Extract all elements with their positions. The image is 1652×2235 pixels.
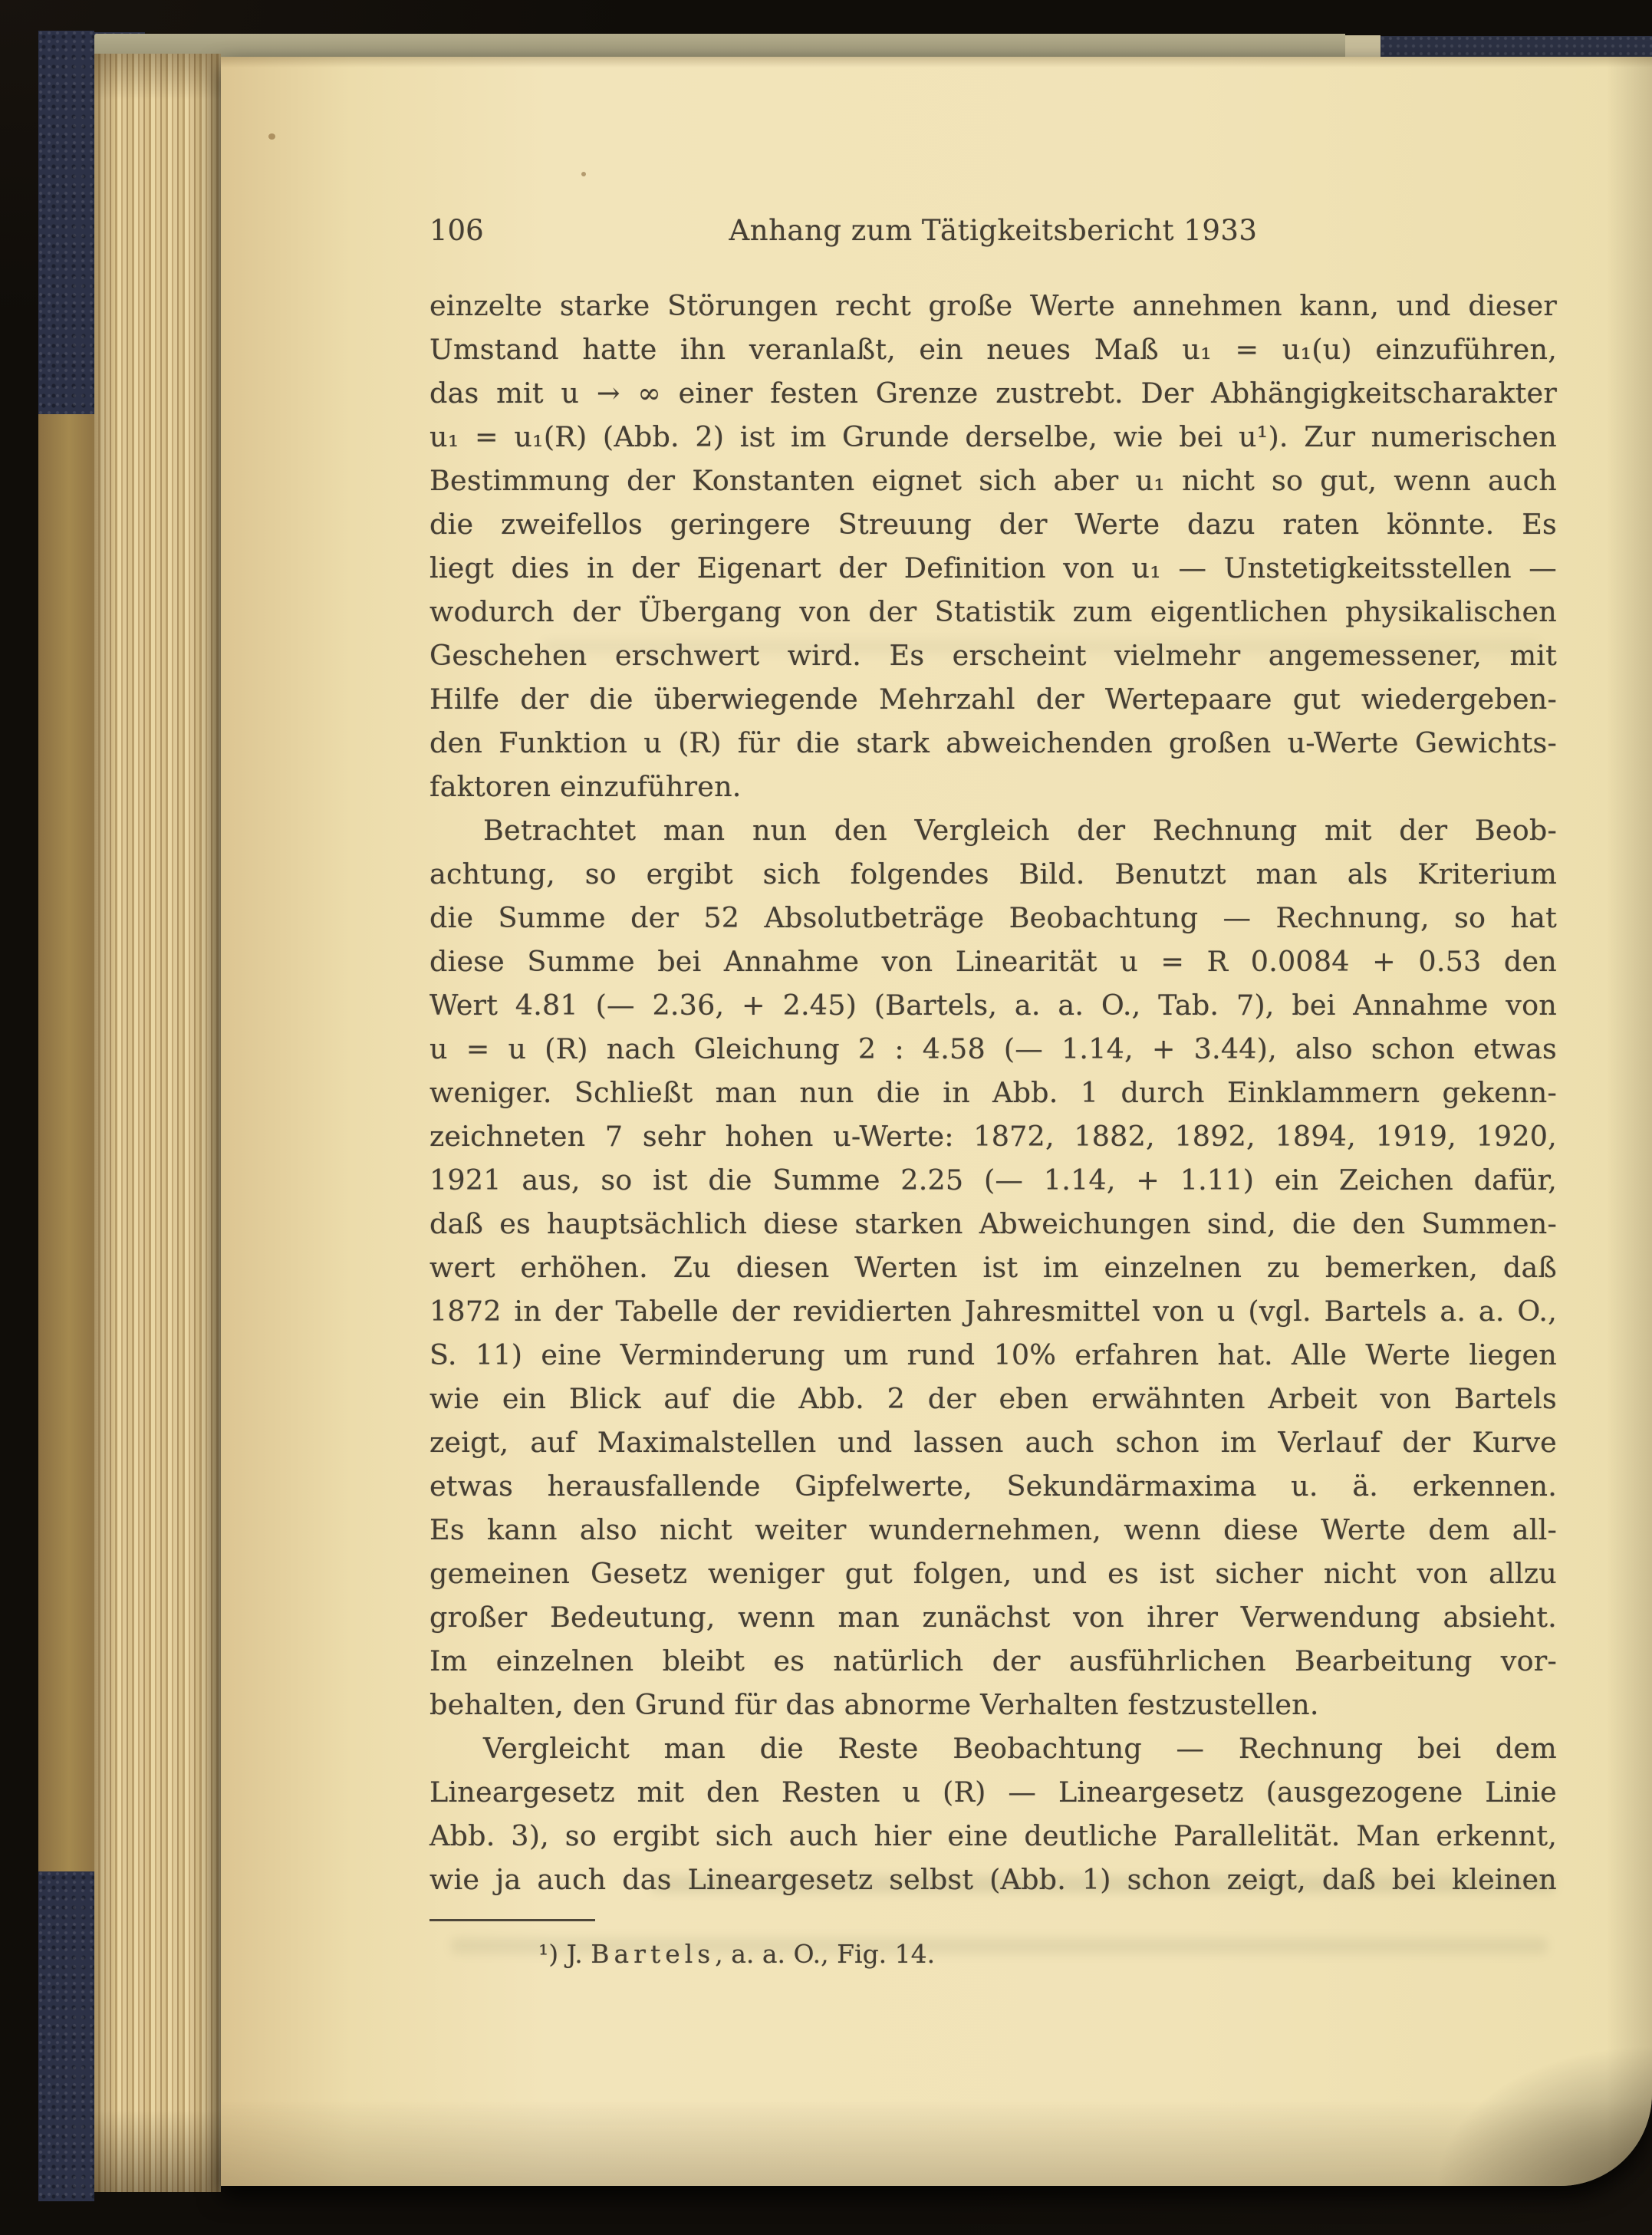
text-line: Umstand hatte ihn veranlaßt, ein neues M… (429, 328, 1557, 371)
text-line: liegt dies in der Eigenart der Definitio… (429, 546, 1557, 590)
text-line: Betrachtet man nun den Vergleich der Rec… (429, 808, 1557, 852)
footnote-reference: , a. a. O., Fig. 14. (715, 1939, 935, 1969)
footnote-marker: ¹) J. (538, 1939, 591, 1969)
running-header: 106 Anhang zum Tätigkeitsbericht 1933 (429, 213, 1557, 250)
text-line: etwas herausfallende Gipfelwerte, Sekund… (429, 1464, 1557, 1508)
text-line: weniger. Schließt man nun die in Abb. 1 … (429, 1071, 1557, 1114)
page-stack-top-edge (94, 34, 1345, 59)
text-line: Wert 4.81 (— 2.36, + 2.45) (Bartels, a. … (429, 983, 1557, 1027)
text-line: 1872 in der Tabelle der revidierten Jahr… (429, 1289, 1557, 1333)
text-line: Bestimmung der Konstanten eignet sich ab… (429, 459, 1557, 502)
text-line: Es kann also nicht weiter wundernehmen, … (429, 1508, 1557, 1552)
text-line: wie ein Blick auf die Abb. 2 der eben er… (429, 1377, 1557, 1420)
scanned-book-photo: { "page": { "number": "106", "running_he… (0, 0, 1652, 2235)
text-line: zeigt, auf Maximalstellen und lassen auc… (429, 1420, 1557, 1464)
text-line: das mit u → ∞ einer festen Grenze zustre… (429, 371, 1557, 415)
fore-edge-shadow (94, 54, 221, 2192)
page-stack-top-edge-tab (1345, 35, 1381, 59)
text-line: wie ja auch das Lineargesetz selbst (Abb… (429, 1858, 1557, 1901)
text-line: wert erhöhen. Zu diesen Werten ist im ei… (429, 1246, 1557, 1289)
footnote: ¹) J. Bartels, a. a. O., Fig. 14. (429, 1937, 1652, 1971)
text-line: Geschehen erschwert wird. Es erscheint v… (429, 634, 1557, 677)
cover-leather-corner-bottom (38, 1871, 94, 2201)
text-line: die zweifellos geringere Streuung der We… (429, 502, 1557, 546)
text-line: gemeinen Gesetz weniger gut folgen, und … (429, 1552, 1557, 1595)
text-line: einzelte starke Störungen recht große We… (429, 284, 1557, 328)
text-line: großer Bedeutung, wenn man zunächst von … (429, 1595, 1557, 1639)
paper-speck (581, 172, 586, 176)
page-number: 106 (429, 213, 484, 249)
footnote-rule (429, 1919, 595, 1921)
text-line: Vergleicht man die Reste Beobachtung — R… (429, 1726, 1557, 1770)
paper-speck (268, 133, 275, 140)
text-line: faktoren einzuführen. (429, 765, 1557, 808)
text-line: daß es hauptsächlich diese starken Abwei… (429, 1202, 1557, 1246)
text-line: wodurch der Übergang von der Statistik z… (429, 590, 1557, 634)
text-line: die Summe der 52 Absolutbeträge Beobacht… (429, 896, 1557, 940)
text-line: diese Summe bei Annahme von Linearität u… (429, 940, 1557, 983)
text-line: behalten, den Grund für das abnorme Verh… (429, 1683, 1557, 1726)
text-line: u = u (R) nach Gleichung 2 : 4.58 (— 1.1… (429, 1027, 1557, 1071)
text-line: zeichneten 7 sehr hohen u-Werte: 1872, 1… (429, 1114, 1557, 1158)
cover-leather-corner-top (38, 31, 94, 414)
running-head-title: Anhang zum Tätigkeitsbericht 1933 (429, 213, 1557, 249)
text-line: 1921 aus, so ist die Summe 2.25 (— 1.14,… (429, 1158, 1557, 1202)
text-line: Abb. 3), so ergibt sich auch hier eine d… (429, 1814, 1557, 1858)
text-line: Hilfe der die überwiegende Mehrzahl der … (429, 677, 1557, 721)
text-line: Im einzelnen bleibt es natürlich der aus… (429, 1639, 1557, 1683)
text-line: achtung, so ergibt sich folgendes Bild. … (429, 852, 1557, 896)
text-line: Lineargesetz mit den Resten u (R) — Line… (429, 1770, 1557, 1814)
text-line: den Funktion u (R) für die stark abweich… (429, 721, 1557, 765)
text-line: u₁ = u₁(R) (Abb. 2) ist im Grunde dersel… (429, 415, 1557, 459)
body-text: einzelte starke Störungen recht große We… (429, 284, 1557, 1901)
book-page: 106 Anhang zum Tätigkeitsbericht 1933 ei… (221, 57, 1652, 2186)
text-line: S. 11) eine Verminderung um rund 10% erf… (429, 1333, 1557, 1377)
footnote-author: Bartels (591, 1939, 715, 1969)
